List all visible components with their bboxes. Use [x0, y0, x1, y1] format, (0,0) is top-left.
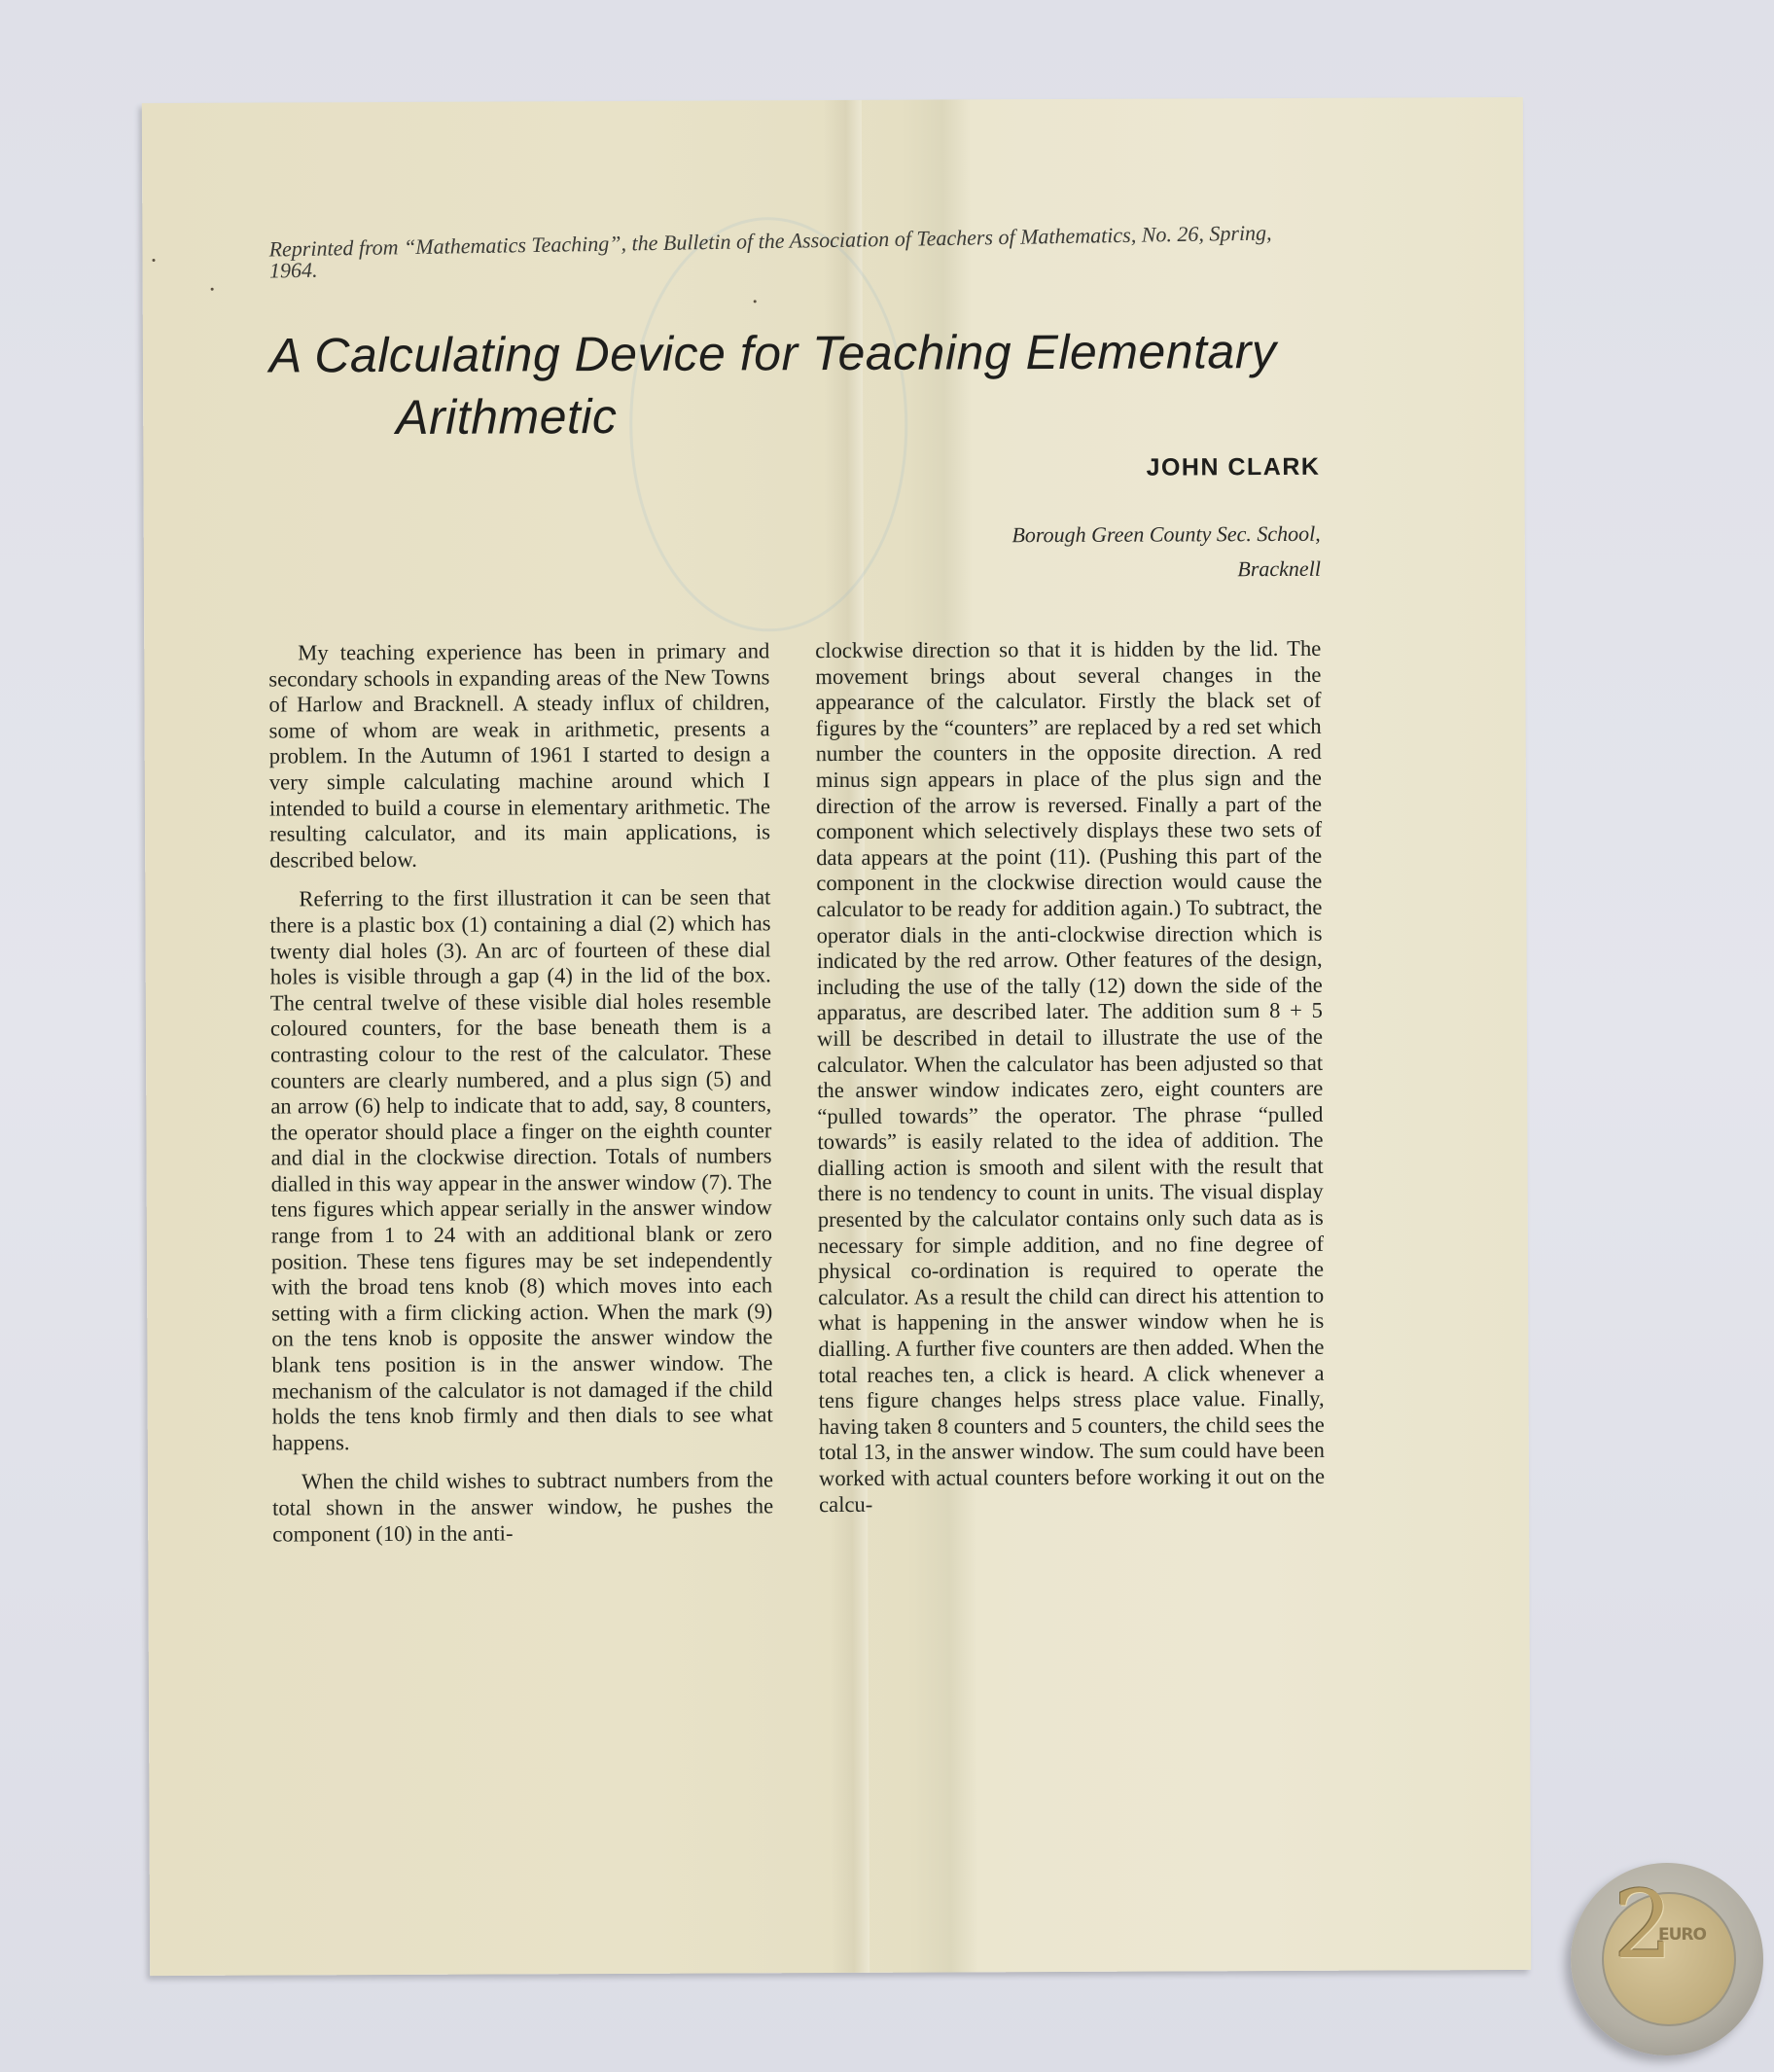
- body-column-right: clockwise direction so that it is hidden…: [815, 636, 1325, 1531]
- paper-speck: [153, 259, 156, 262]
- body-column-left: My teaching experience has been in prima…: [268, 638, 773, 1560]
- paragraph: When the child wishes to subtract number…: [272, 1468, 773, 1548]
- paragraph: clockwise direction so that it is hidden…: [815, 636, 1325, 1518]
- article-title: A Calculating Device for Teaching Elemen…: [269, 320, 1321, 449]
- two-euro-coin: 2 EURO: [1571, 1863, 1763, 2055]
- paragraph: Referring to the first illustration it c…: [269, 885, 773, 1456]
- paragraph: My teaching experience has been in prima…: [268, 638, 770, 874]
- reprint-notice: Reprinted from “Mathematics Teaching”, t…: [268, 222, 1320, 282]
- author-affiliation: Borough Green County Sec. School, Brackn…: [1011, 517, 1321, 588]
- printed-article-sheet: Reprinted from “Mathematics Teaching”, t…: [142, 97, 1531, 1976]
- paper-speck: [754, 300, 757, 303]
- article-title-line-2: Arithmetic: [269, 382, 1320, 449]
- coin-label: EURO: [1658, 1925, 1706, 1945]
- paper-speck: [211, 288, 214, 291]
- affiliation-town: Bracknell: [1012, 552, 1321, 588]
- affiliation-school: Borough Green County Sec. School,: [1011, 517, 1320, 553]
- author-name: JOHN CLARK: [1146, 453, 1320, 482]
- article-title-line-1: A Calculating Device for Teaching Elemen…: [269, 324, 1277, 383]
